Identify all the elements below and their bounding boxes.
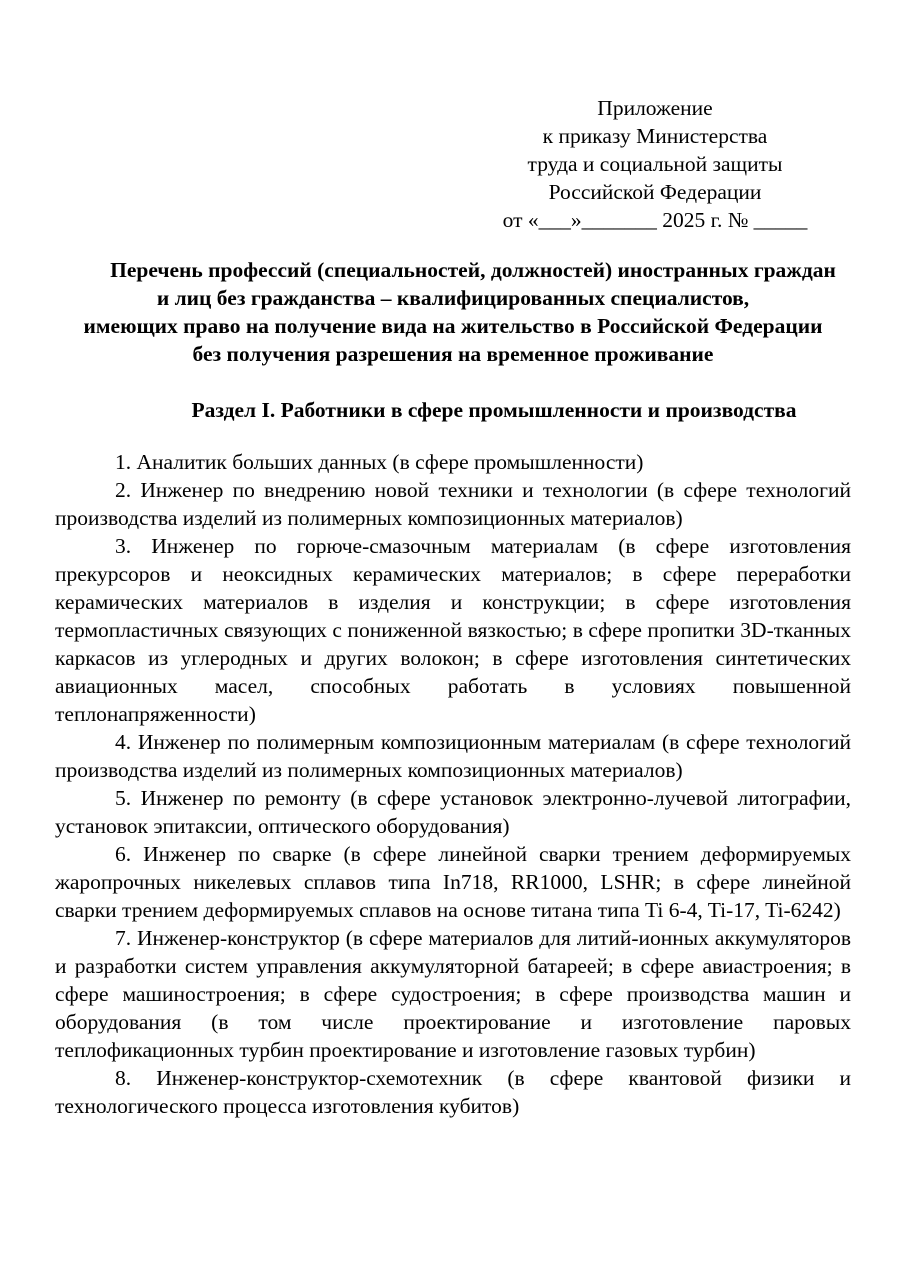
approval-line: труда и социальной защиты (497, 150, 813, 178)
approval-line: к приказу Министерства (497, 122, 813, 150)
list-item: 2. Инженер по внедрению новой техники и … (55, 476, 851, 532)
approval-date-number-line: от «___»_______ 2025 г. № _____ (497, 206, 813, 234)
list-item: 7. Инженер-конструктор (в сфере материал… (55, 924, 851, 1064)
approval-reference-block: Приложение к приказу Министерства труда … (497, 94, 813, 234)
list-item: 8. Инженер-конструктор-схемотехник (в сф… (55, 1064, 851, 1120)
document-title-line: имеющих право на получение вида на жител… (55, 312, 851, 340)
approval-line: Приложение (497, 94, 813, 122)
list-item: 4. Инженер по полимерным композиционным … (55, 728, 851, 784)
document-title-line: Перечень профессий (специальностей, долж… (75, 256, 871, 284)
section-heading: Раздел I. Работники в сфере промышленнос… (96, 396, 892, 424)
document-title-line: без получения разрешения на временное пр… (55, 340, 851, 368)
list-item: 3. Инженер по горюче-смазочным материала… (55, 532, 851, 728)
approval-line: Российской Федерации (497, 178, 813, 206)
document-title-line: и лиц без гражданства – квалифицированны… (55, 284, 851, 312)
list-item: 1. Аналитик больших данных (в сфере пром… (55, 448, 851, 476)
profession-list: 1. Аналитик больших данных (в сфере пром… (55, 448, 851, 1120)
list-item: 6. Инженер по сварке (в сфере линейной с… (55, 840, 851, 924)
list-item: 5. Инженер по ремонту (в сфере установок… (55, 784, 851, 840)
document-page: Приложение к приказу Министерства труда … (0, 0, 905, 1280)
document-title: Перечень профессий (специальностей, долж… (55, 256, 851, 368)
